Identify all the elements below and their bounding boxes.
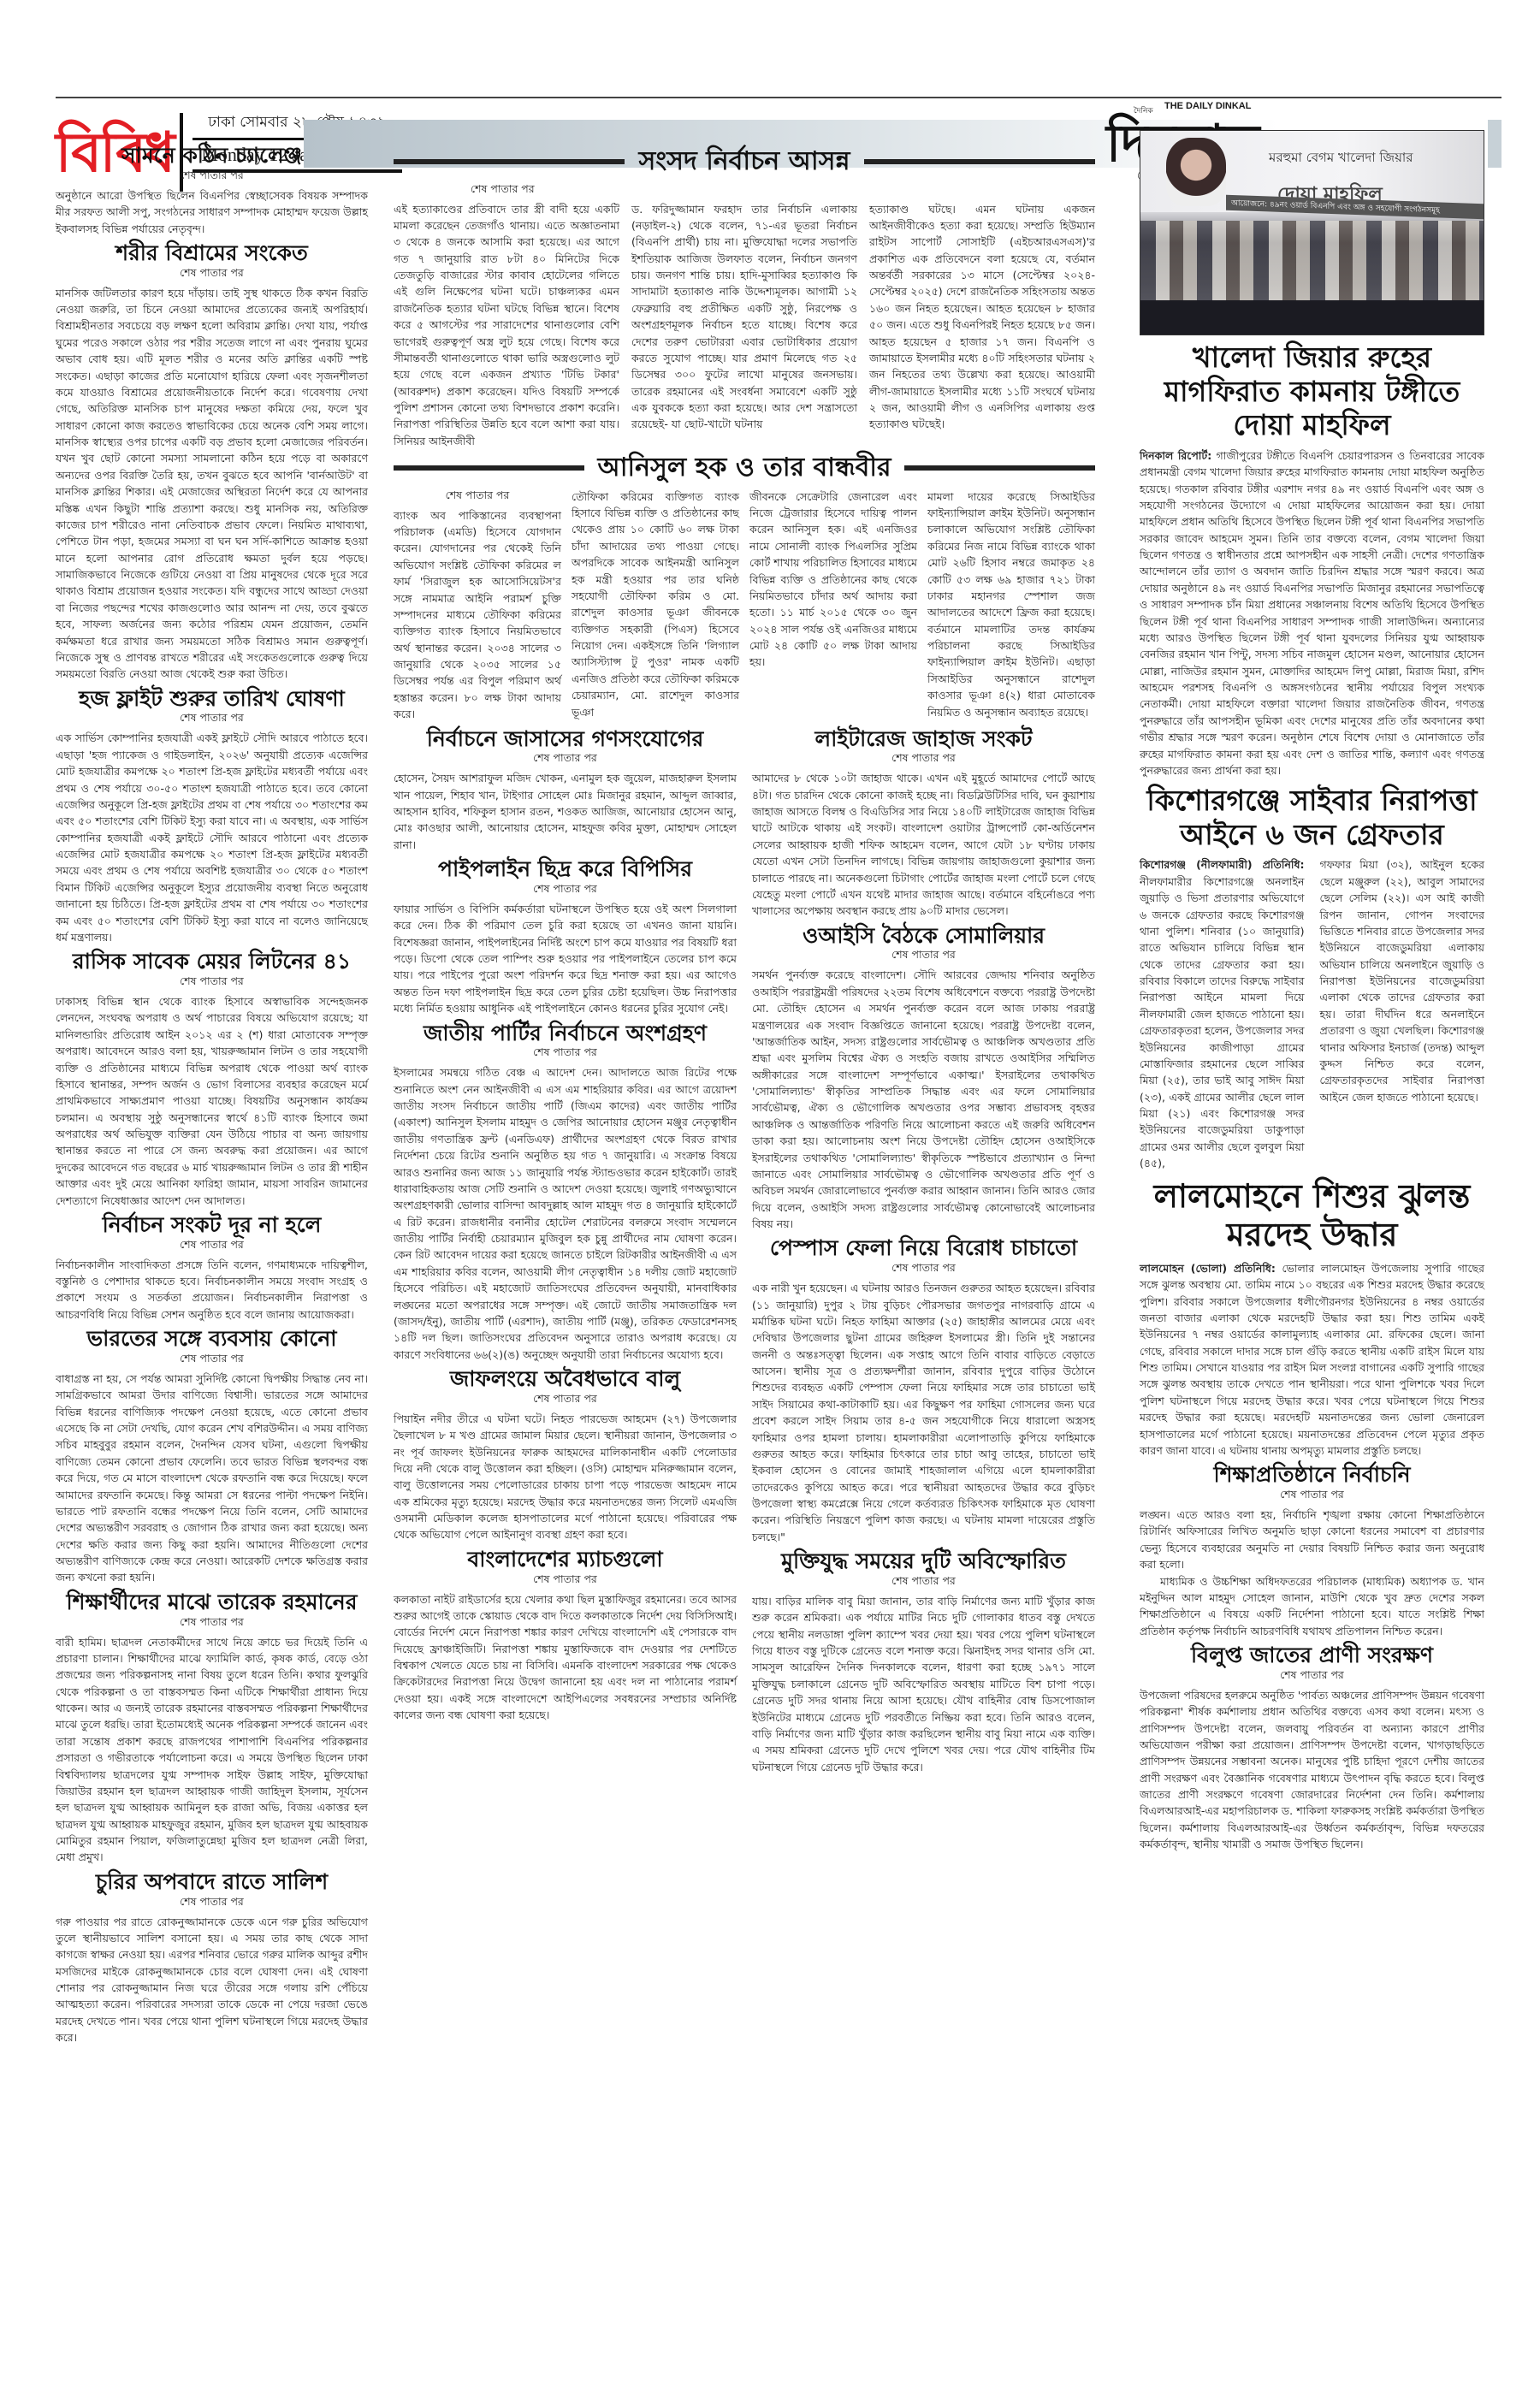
story-oic-somalia: ওআইসি বৈঠকে সোমালিয়ার শেষ পাতার পর সমর্…	[752, 924, 1095, 1233]
story-anisul-haque: আনিসুল হক ও তার বান্ধবীর শেষ পাতার পর ব্…	[394, 453, 1095, 722]
story-body: লালমোহন (ভোলা) প্রতিনিধি: ভোলার লালমোহন …	[1140, 1260, 1484, 1459]
story-headline: হজ ফ্লাইট শুরুর তারিখ ঘোষণা	[56, 687, 368, 712]
headline-rule	[904, 465, 1095, 471]
story-pampers-dispute: পেস্পাস ফেলা নিয়ে বিরোধ চাচাতো শেষ পাতা…	[752, 1236, 1095, 1545]
story-extinct-animals: বিলুপ্ত জাতের প্রাণী সংরক্ষণ শেষ পাতার প…	[1140, 1643, 1484, 1853]
story-rest-signals: শরীর বিশ্রামের সংকেত শেষ পাতার পর মানসিক…	[56, 241, 368, 683]
story-headline: জাফলংয়ে অবৈধভাবে বালু	[394, 1367, 737, 1392]
story-headline: শিক্ষাপ্রতিষ্ঠানে নির্বাচনি	[1140, 1463, 1484, 1488]
story-jatiya-party: জাতীয় পার্টির নির্বাচনে অংশগ্রহণ শেষ পা…	[394, 1021, 737, 1364]
continued-label: শেষ পাতার পর	[1140, 1488, 1484, 1505]
continued-label: শেষ পাতার পর	[752, 1261, 1095, 1278]
continued-label: শেষ পাতার পর	[1140, 1668, 1484, 1685]
story-body-text: নীলফামারীর কিশোরগঞ্জে অনলাইন জুয়াড়ি ও …	[1140, 875, 1305, 1169]
story-tarique-students: শিক্ষার্থীদের মাঝে তারেক রহমানের শেষ পাত…	[56, 1590, 368, 1866]
story-body-text: গাজীপুরের টঙ্গীতে বিএনপি চেয়ারপারসন ও ত…	[1140, 449, 1484, 777]
story-parliament-election: সংসদ নির্বাচন আসন্ন শেষ পাতার পর এই হত্য…	[394, 147, 1095, 449]
story-body: এক সার্ভিস কোম্পানির হজযাত্রী একই ফ্লাইট…	[56, 730, 368, 945]
story-pipeline: পাইপলাইন ছিদ্র করে বিপিসির শেষ পাতার পর …	[394, 857, 737, 1016]
story-headline: সামনে কঠিন চ্যালেঞ্জ	[56, 144, 368, 169]
story-cyber-arrest: কিশোরগঞ্জে সাইবার নিরাপত্তা আইনে ৬ জন গ্…	[1140, 784, 1484, 1171]
story-body-col: ড. ফরিদুজ্জামান ফরহাদ তার নির্বাচনি এলাক…	[631, 201, 857, 450]
continued-label: শেষ পাতার পর	[56, 169, 368, 186]
story-headline: নির্বাচন সংকট দূর না হলে	[56, 1213, 368, 1238]
middle-sub-left: নির্বাচনে জাসাসের গণসংযোগের শেষ পাতার পর…	[394, 727, 737, 1780]
story-theft-salish: চুরির অপবাদে রাতে সালিশ শেষ পাতার পর গরু…	[56, 1870, 368, 2046]
story-body-col: এই হত্যাকাণ্ডের প্রতিবাদে তার স্ত্রী বাদ…	[394, 201, 619, 450]
story-headline: পেস্পাস ফেলা নিয়ে বিরোধ চাচাতো	[752, 1236, 1095, 1261]
story-jaflong-sand: জাফলংয়ে অবৈধভাবে বালু শেষ পাতার পর পিয়…	[394, 1367, 737, 1543]
continued-label: শেষ পাতার পর	[394, 882, 737, 899]
story-body: অনুষ্ঠানে আরো উপস্থিত ছিলেন বিএনপির স্বে…	[56, 187, 368, 237]
lead-headline: লালমোহনে শিশুর ঝুলন্ত মরদেহ উদ্ধার	[1140, 1177, 1484, 1255]
story-body-col: তৌফিকা করিমের ব্যক্তিগত ব্যাংক হিসাবে বি…	[572, 488, 739, 723]
ruled-headline: সংসদ নির্বাচন আসন্ন	[394, 147, 1095, 177]
story-body: আমাদের ৮ থেকে ১০টা জাহাজ থাকে। এখন এই মু…	[752, 770, 1095, 919]
story-body: মানসিক জটিলতার কারণ হয়ে দাঁড়ায়। তাই স…	[56, 285, 368, 683]
story-body: উপজেলা পরিষদের হলরুমে অনুষ্ঠিত 'পার্বত্য…	[1140, 1687, 1484, 1853]
story-body: সমর্থন পুনর্ব্যক্ত করেছে বাংলাদেশ। সৌদি …	[752, 967, 1095, 1232]
continued-label: শেষ পাতার পর	[394, 488, 561, 506]
story-lighterage: লাইটারেজ জাহাজ সংকট শেষ পাতার পর আমাদের …	[752, 727, 1095, 920]
story-body: মাধ্যমিক ও উচ্চশিক্ষা অধিদফতরের পরিচালক …	[1140, 1573, 1484, 1640]
headline-rule	[864, 159, 1095, 164]
story-lalmohan-child: লালমোহনে শিশুর ঝুলন্ত মরদেহ উদ্ধার লালমো…	[1140, 1177, 1484, 1459]
continued-label: শেষ পাতার পর	[394, 1045, 737, 1063]
top-rule	[56, 97, 1501, 98]
photo-table	[1140, 300, 1484, 335]
story-body: ফায়ার সার্ভিস ও বিপিসি কর্মকর্তারা ঘটনা…	[394, 901, 737, 1017]
story-headline: ওআইসি বৈঠকে সোমালিয়ার	[752, 924, 1095, 949]
continued-label: শেষ পাতার পর	[752, 751, 1095, 768]
story-body: গরু পাওয়ার পর রাতে রোকনুজ্জামানকে ডেকে …	[56, 1914, 368, 2046]
story-headline: মুক্তিযুদ্ধ সময়ের দুটি অবিস্ফোরিত	[752, 1549, 1095, 1574]
story-columns: এই হত্যাকাণ্ডের প্রতিবাদে তার স্ত্রী বাদ…	[394, 201, 1095, 450]
story-body-col: হত্যাকাণ্ড ঘটছে। এমন ঘটনায় একজন আইনজীবী…	[869, 201, 1095, 450]
dateline: লালমোহন (ভোলা) প্রতিনিধি:	[1140, 1262, 1276, 1275]
story-columns: শেষ পাতার পর ব্যাংক অব পাকিস্তানের ব্যবস…	[394, 488, 1095, 723]
story-body-col: মামলা দায়ের করেছে সিআইডির ফাইন্যান্সিয়…	[927, 488, 1095, 723]
story-headline: আনিসুল হক ও তার বান্ধবীর	[598, 453, 891, 483]
story-litton-accounts: রাসিক সাবেক মেয়র লিটনের ৪১ শেষ পাতার পর…	[56, 950, 368, 1209]
story-challenge: সামনে কঠিন চ্যালেঞ্জ শেষ পাতার পর অনুষ্ঠ…	[56, 144, 368, 237]
story-body: হোসেন, সৈয়দ আশরাফুল মজিদ খোকন, এনামুল হ…	[394, 770, 737, 853]
header-edge-band	[1488, 120, 1501, 168]
story-jasas-campaign: নির্বাচনে জাসাসের গণসংযোগের শেষ পাতার পর…	[394, 727, 737, 854]
continued-label: শেষ পাতার পর	[56, 1895, 368, 1912]
story-education-election: শিক্ষাপ্রতিষ্ঠানে নির্বাচনি শেষ পাতার পর…	[1140, 1463, 1484, 1639]
dateline: কিশোরগঞ্জ (নীলফামারী) প্রতিনিধি:	[1140, 858, 1305, 871]
story-headline: পাইপলাইন ছিদ্র করে বিপিসির	[394, 857, 737, 882]
lead-headline: খালেদা জিয়ার রুহের মাগফিরাত কামনায় টঙ্…	[1140, 340, 1484, 442]
story-hajj-flight: হজ ফ্লাইট শুরুর তারিখ ঘোষণা শেষ পাতার পর…	[56, 687, 368, 946]
story-body: ইসলামের সমন্বয়ে গঠিত বেঞ্চ এ আদেশ দেন। …	[394, 1064, 737, 1363]
continued-label: শেষ পাতার পর	[394, 1392, 737, 1409]
story-headline: ভারতের সঙ্গে ব্যবসায় কোনো	[56, 1327, 368, 1352]
story-body: কলকাতা নাইট রাইডার্সের হয়ে খেলার কথা ছি…	[394, 1591, 737, 1724]
story-election-crisis: নির্বাচন সংকট দূর না হলে শেষ পাতার পর নি…	[56, 1213, 368, 1323]
story-col-wrapper: শেষ পাতার পর ব্যাংক অব পাকিস্তানের ব্যবস…	[394, 488, 561, 723]
continued-label: শেষ পাতার পর	[56, 1352, 368, 1369]
portrait-image	[1166, 138, 1226, 206]
continued-label: শেষ পাতার পর	[56, 266, 368, 283]
story-body: যায়। বাড়ির মালিক বাবু মিয়া জানান, তার…	[752, 1593, 1095, 1775]
story-body-col: জীবনকে সেক্রেটারি জেনারেল এবং নিজে ট্রেজ…	[749, 488, 917, 723]
story-unexploded-grenades: মুক্তিযুদ্ধ সময়ের দুটি অবিস্ফোরিত শেষ প…	[752, 1549, 1095, 1775]
story-bangladesh-matches: বাংলাদেশের ম্যাচগুলো শেষ পাতার পর কলকাতা…	[394, 1548, 737, 1724]
continued-label: শেষ পাতার পর	[394, 751, 737, 768]
continued-label: শেষ পাতার পর	[56, 1615, 368, 1632]
story-headline: শরীর বিশ্রামের সংকেত	[56, 241, 368, 266]
story-columns: কিশোরগঞ্জ (নীলফামারী) প্রতিনিধি: নীলফামা…	[1140, 856, 1484, 1171]
story-headline: সংসদ নির্বাচন আসন্ন	[638, 147, 850, 177]
continued-label: শেষ পাতার পর	[752, 1574, 1095, 1591]
story-body: দিনকাল রিপোর্ট: গাজীপুরের টঙ্গীতে বিএনপি…	[1140, 447, 1484, 779]
story-body: পিয়াইন নদীর তীরে এ ঘটনা ঘটে। নিহত পারভে…	[394, 1411, 737, 1543]
headline-rule	[394, 465, 584, 471]
story-body: নির্বাচনকালীন সাংবাদিকতা প্রসঙ্গে তিনি ব…	[56, 1257, 368, 1323]
story-headline: শিক্ষার্থীদের মাঝে তারেক রহমানের	[56, 1590, 368, 1615]
photo-banner-title: মরহুমা বেগম খালেদা জিয়ার	[1269, 148, 1413, 169]
story-body-col: ব্যাংক অব পাকিস্তানের ব্যবস্থাপনা পরিচাল…	[394, 507, 561, 723]
right-column: মরহুমা বেগম খালেদা জিয়ার দোয়া মাহফিল আ…	[1140, 130, 1484, 1857]
story-headline: রাসিক সাবেক মেয়র লিটনের ৪১	[56, 950, 368, 974]
news-photo: মরহুমা বেগম খালেদা জিয়ার দোয়া মাহফিল আ…	[1140, 130, 1484, 335]
middle-sub-columns: নির্বাচনে জাসাসের গণসংযোগের শেষ পাতার পর…	[394, 727, 1095, 1780]
dateline: দিনকাল রিপোর্ট:	[1140, 449, 1211, 462]
story-body: বাধাগ্রস্ত না হয়, সে পর্যন্ত আমরা সুনির…	[56, 1371, 368, 1586]
left-column: সামনে কঠিন চ্যালেঞ্জ শেষ পাতার পর অনুষ্ঠ…	[56, 144, 368, 2051]
story-body-col: গফফার মিয়া (৩২), আইনুল হকের ছেলে মঞ্জুর…	[1320, 856, 1485, 1171]
story-headline: বিলুপ্ত জাতের প্রাণী সংরক্ষণ	[1140, 1643, 1484, 1668]
ruled-headline: আনিসুল হক ও তার বান্ধবীর	[394, 453, 1095, 483]
story-headline: চুরির অপবাদে রাতে সালিশ	[56, 1870, 368, 1895]
story-body: বারী হামিম। ছাত্রদল নেতাকর্মীদের সাথে নি…	[56, 1634, 368, 1866]
story-headline: নির্বাচনে জাসাসের গণসংযোগের	[394, 727, 737, 752]
story-body-col: কিশোরগঞ্জ (নীলফামারী) প্রতিনিধি: নীলফামা…	[1140, 856, 1305, 1171]
continued-label: শেষ পাতার পর	[752, 948, 1095, 965]
lead-headline: কিশোরগঞ্জে সাইবার নিরাপত্তা আইনে ৬ জন গ্…	[1140, 784, 1484, 851]
story-headline: বাংলাদেশের ম্যাচগুলো	[394, 1548, 737, 1572]
continued-label: শেষ পাতার পর	[394, 1572, 737, 1590]
continued-label: শেষ পাতার পর	[56, 1238, 368, 1255]
headline-rule	[394, 159, 625, 164]
story-body: এক নারী খুন হয়েছেন। এ ঘটনায় আরও তিনজন …	[752, 1280, 1095, 1545]
middle-sub-right: লাইটারেজ জাহাজ সংকট শেষ পাতার পর আমাদের …	[752, 727, 1095, 1780]
story-doa-mahfil: খালেদা জিয়ার রুহের মাগফিরাত কামনায় টঙ্…	[1140, 340, 1484, 779]
continued-label: শেষ পাতার পর	[394, 182, 1095, 199]
story-body: ঢাকাসহ বিভিন্ন স্থান থেকে ব্যাংক হিসাবে …	[56, 993, 368, 1209]
middle-column: সংসদ নির্বাচন আসন্ন শেষ পাতার পর এই হত্য…	[394, 144, 1095, 1779]
story-india-trade: ভারতের সঙ্গে ব্যবসায় কোনো শেষ পাতার পর …	[56, 1327, 368, 1586]
continued-label: শেষ পাতার পর	[56, 711, 368, 728]
story-headline: জাতীয় পার্টির নির্বাচনে অংশগ্রহণ	[394, 1021, 737, 1046]
story-body-text: ভোলার লালমোহন উপজেলায় সুপারি গাছের সঙ্গ…	[1140, 1262, 1484, 1457]
continued-label: শেষ পাতার পর	[56, 974, 368, 992]
story-headline: লাইটারেজ জাহাজ সংকট	[752, 727, 1095, 752]
story-body: লঙ্ঘন। এতে আরও বলা হয়, নির্বাচনি শৃঙ্খল…	[1140, 1507, 1484, 1573]
